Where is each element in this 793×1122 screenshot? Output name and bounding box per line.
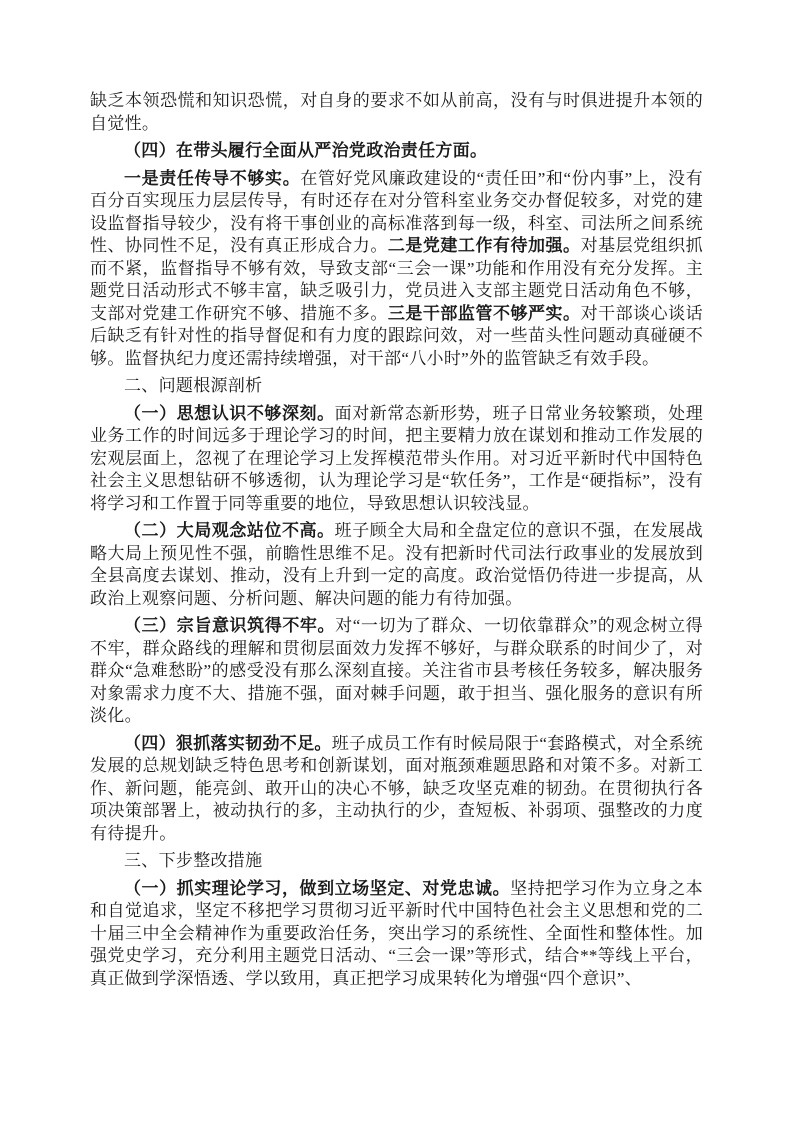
bold-lead-text: （一）思想认识不够深刻。: [124, 404, 335, 423]
paragraph-carryover: 缺乏本领恐慌和知识恐慌，对自身的要求不如从前高，没有与时俱进提升本领的自觉性。: [90, 90, 703, 135]
bold-lead-text: 一是责任传导不够实。: [124, 169, 300, 188]
document-body: 缺乏本领恐慌和知识恐慌，对自身的要求不如从前高，没有与时俱进提升本领的自觉性。（…: [90, 90, 703, 990]
paragraph-cause-3: （三）宗旨意识筑得不牢。对“一切为了群众、一切依靠群众”的观念树立得不牢，群众路…: [90, 615, 703, 728]
heading-section-4: （四）在带头履行全面从严治党政治责任方面。: [90, 140, 703, 163]
bold-lead-text: （二）大局观念站位不高。: [124, 521, 335, 540]
bold-lead-text: 二是党建工作有待加强。: [388, 236, 581, 255]
bold-lead-text: 三是干部监管不够严实。: [388, 304, 581, 323]
bold-lead-text: （四）在带头履行全面从严治党政治责任方面。: [124, 141, 487, 160]
heading-part-2: 二、问题根源剖析: [90, 375, 703, 398]
heading-part-3: 三、下步整改措施: [90, 850, 703, 873]
paragraph-responsibility-issues: 一是责任传导不够实。在管好党风廉政建设的“责任田”和“份内事”上，没有百分百实现…: [90, 168, 703, 371]
body-text: 二、问题根源剖析: [124, 376, 262, 395]
bold-lead-text: （四）狠抓落实韧劲不足。: [124, 734, 332, 753]
paragraph-cause-1: （一）思想认识不够深刻。面对新常态新形势，班子日常业务较繁琐，处理业务工作的时间…: [90, 403, 703, 516]
paragraph-cause-2: （二）大局观念站位不高。班子顾全大局和全盘定位的意识不强，在发展战略大局上预见性…: [90, 520, 703, 610]
bold-lead-text: （一）抓实理论学习，做到立场坚定、对党忠诚。: [124, 879, 510, 898]
bold-lead-text: （三）宗旨意识筑得不牢。: [124, 616, 335, 635]
paragraph-measure-1: （一）抓实理论学习，做到立场坚定、对党忠诚。坚持把学习作为立身之本和自觉追求，坚…: [90, 878, 703, 991]
body-text: 缺乏本领恐慌和知识恐慌，对自身的要求不如从前高，没有与时俱进提升本领的自觉性。: [90, 91, 703, 133]
paragraph-cause-4: （四）狠抓落实韧劲不足。班子成员工作有时候局限于“套路模式，对全系统发展的总规划…: [90, 733, 703, 846]
document-page: 缺乏本领恐慌和知识恐慌，对自身的要求不如从前高，没有与时俱进提升本领的自觉性。（…: [0, 0, 793, 1122]
body-text: 三、下步整改措施: [124, 851, 262, 870]
